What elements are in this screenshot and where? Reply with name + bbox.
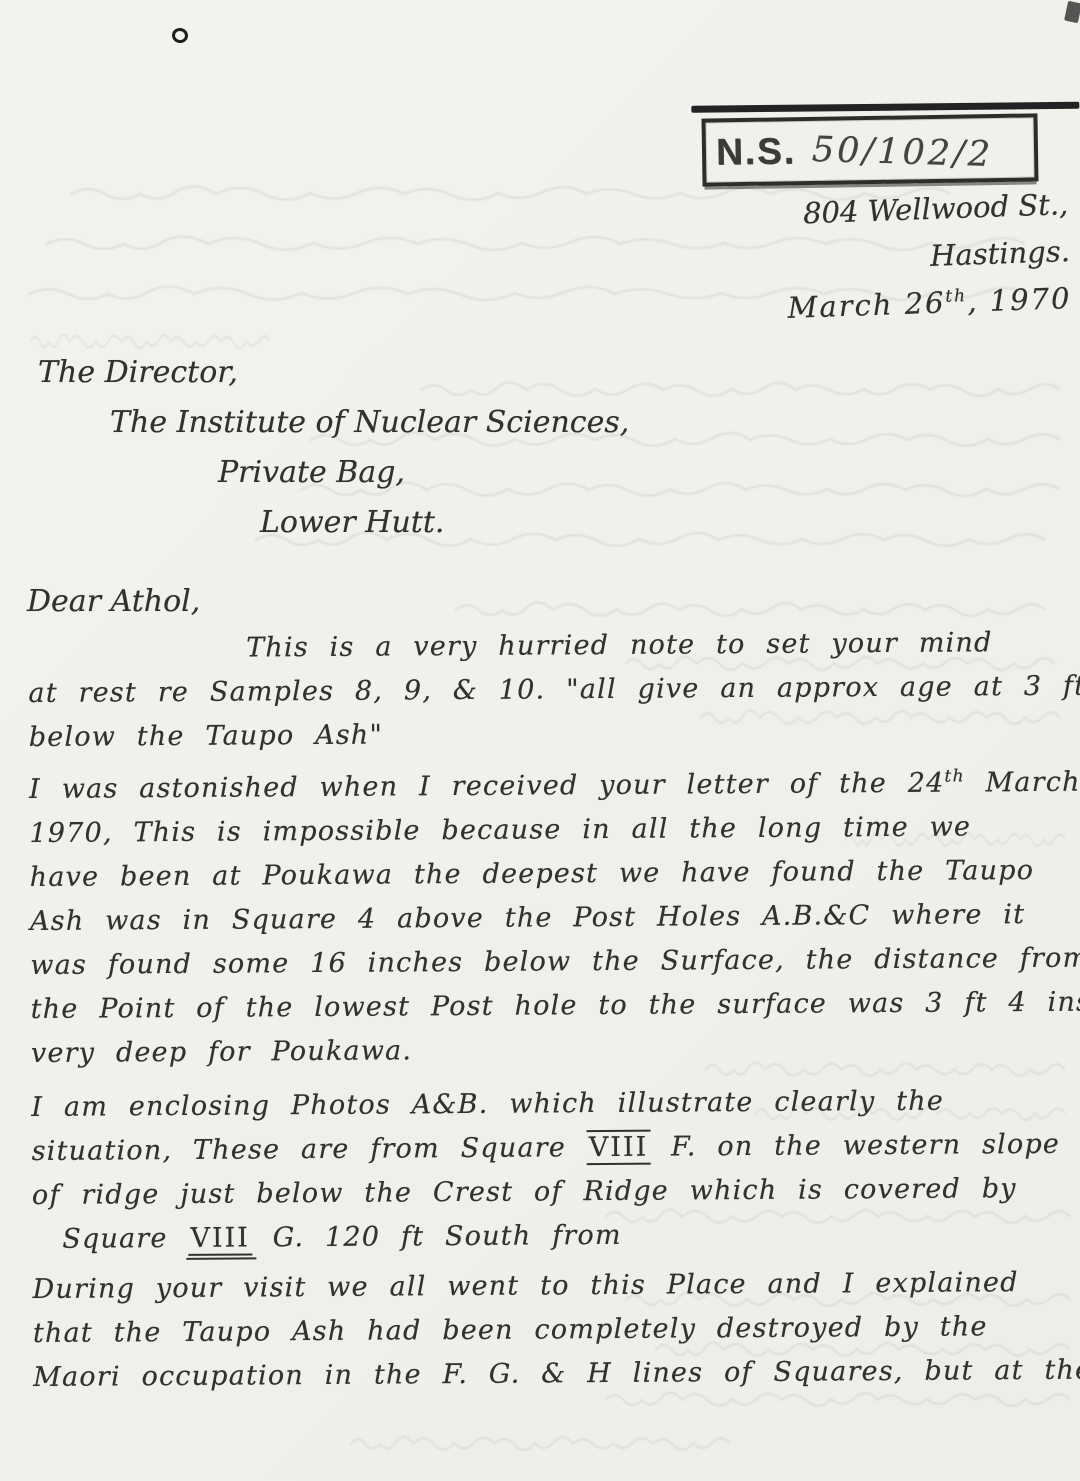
square-viii-label: VIII [587,1130,651,1165]
letter-line: I am enclosing Photos A&B. which illustr… [31,1079,1077,1130]
recipient-line: Private Bag, [38,448,629,498]
sender-address-block: 804 Wellwood St., Hastings. March 26th, … [784,181,1073,332]
recipient-line: The Institute of Nuclear Sciences, [38,398,629,448]
scan-corner-ring [171,27,189,45]
letter-line: the Point of the lowest Post hole to the… [31,981,1077,1032]
letter-line: Maori occupation in the F. G. & H lines … [33,1349,1079,1400]
letter-line: was found some 16 inches below the Surfa… [30,937,1076,988]
letter-line: have been at Poukawa the deepest we have… [30,849,1076,900]
letter-line: During your visit we all went to this Pl… [32,1261,1078,1312]
recipient-block: The Director, The Institute of Nuclear S… [38,348,629,548]
letter-line: 1970, This is impossible because in all … [29,805,1075,856]
letter-line: very deep for Poukawa. [31,1025,1077,1076]
recipient-line: Lower Hutt. [38,498,629,548]
letter-body: This is a very hurried note to set your … [28,621,1079,1400]
letter-line: situation, These are from Square VIII F.… [32,1123,1078,1174]
letter-line: This is a very hurried note to set your … [28,621,1074,672]
letter-line: at rest re Samples 8, 9, & 10. "all give… [28,665,1074,716]
letter-line: of ridge just below the Crest of Ridge w… [32,1167,1078,1218]
square-viii-label: VIII [188,1222,252,1255]
salutation: Dear Athol, [27,584,200,619]
scan-edge-smudge [1064,1,1080,23]
stamp-label: N.S. [716,130,797,173]
superscript: th [944,766,964,786]
letter-line: Ash was in Square 4 above the Post Holes… [30,893,1076,944]
scanned-letter-page: N.S. 50/102/2 804 Wellwood St., Hastings… [0,0,1080,1481]
bleed-through-writing [350,1432,730,1454]
recipient-line: The Director, [38,348,629,398]
letter-line: Square VIII G. 120 ft South from [32,1211,1078,1262]
stamp-number: 50/102/2 [811,130,993,175]
superscript: th [945,286,967,307]
letter-line: I was astonished when I received your le… [29,761,1075,812]
letter-line: that the Taupo Ash had been completely d… [33,1305,1079,1356]
letter-line: below the Taupo Ash" [29,709,1075,760]
bleed-through-writing [455,598,1045,620]
file-stamp-box: N.S. 50/102/2 [701,113,1038,186]
scan-corner-mark [0,10,188,16]
letter-date: March 26th, 1970 [787,275,1072,332]
